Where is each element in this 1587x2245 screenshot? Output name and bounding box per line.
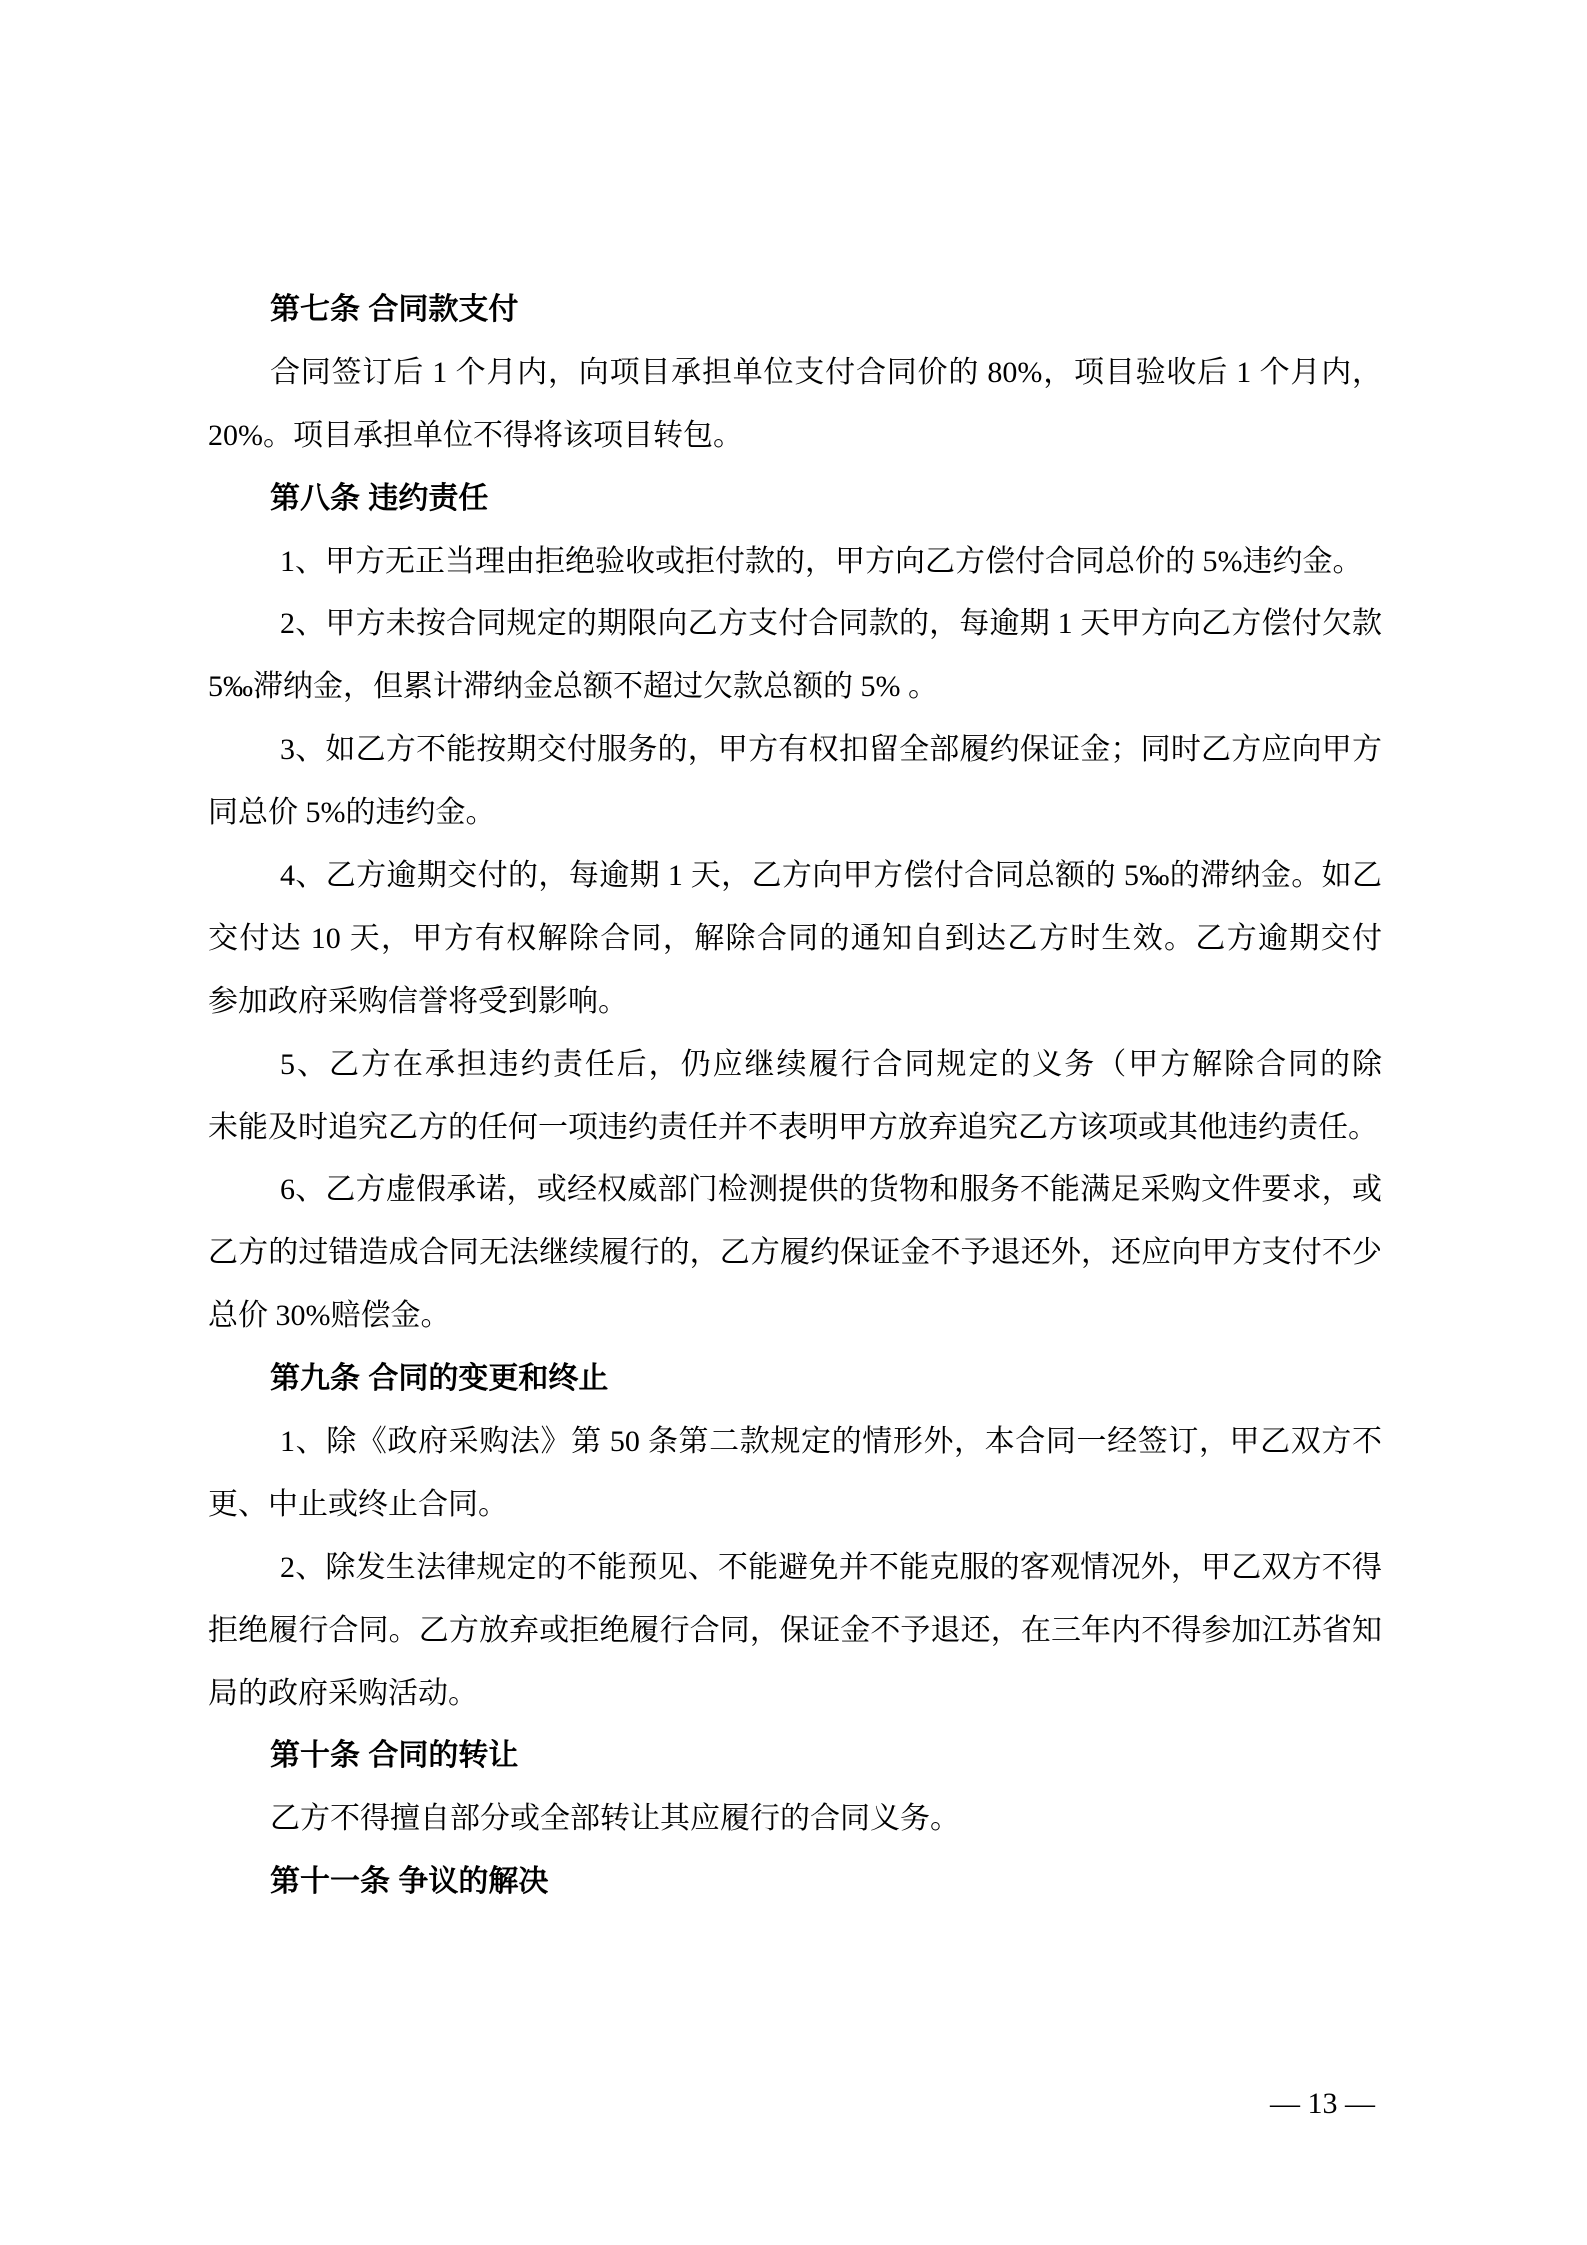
document-line: 总价 30%赔偿金。 [208,1285,1382,1348]
page-number: — 13 — [1270,2082,1375,2126]
document-line: 20%。项目承担单位不得将该项目转包。 [208,405,1382,468]
document-line: 6、乙方虚假承诺，或经权威部门检测提供的货物和服务不能满足采购文件要求，或是由于 [208,1159,1382,1222]
document-line: 合同签订后 1 个月内，向项目承担单位支付合同价的 80%，项目验收后 1 个月… [208,342,1382,405]
document-line: 未能及时追究乙方的任何一项违约责任并不表明甲方放弃追究乙方该项或其他违约责任。 [208,1097,1382,1160]
document-line: 拒绝履行合同。乙方放弃或拒绝履行合同，保证金不予退还，在三年内不得参加江苏省知识… [208,1600,1382,1663]
document-line: 5、乙方在承担违约责任后，仍应继续履行合同规定的义务（甲方解除合同的除外）。甲方 [208,1034,1382,1097]
document-lines: 第七条 合同款支付合同签订后 1 个月内，向项目承担单位支付合同价的 80%，项… [208,279,1382,1914]
document-line: 更、中止或终止合同。 [208,1474,1382,1537]
document-line: 5‰滞纳金，但累计滞纳金总额不超过欠款总额的 5% 。 [208,656,1382,719]
document-line: 2、除发生法律规定的不能预见、不能避免并不能克服的客观情况外，甲乙双方不得放弃或 [208,1537,1382,1600]
article-heading: 第十条 合同的转让 [208,1725,1382,1788]
article-heading: 第九条 合同的变更和终止 [208,1348,1382,1411]
document-line: 4、乙方逾期交付的，每逾期 1 天，乙方向甲方偿付合同总额的 5‰的滞纳金。如乙… [208,845,1382,908]
document-line: 1、除《政府采购法》第 50 条第二款规定的情形外，本合同一经签订，甲乙双方不得… [208,1411,1382,1474]
document-line: 1、甲方无正当理由拒绝验收或拒付款的，甲方向乙方偿付合同总价的 5%违约金。 [208,531,1382,594]
document-line: 2、甲方未按合同规定的期限向乙方支付合同款的，每逾期 1 天甲方向乙方偿付欠款总… [208,593,1382,656]
document-line: 同总价 5%的违约金。 [208,782,1382,845]
document-line: 乙方不得擅自部分或全部转让其应履行的合同义务。 [208,1788,1382,1851]
document-line: 局的政府采购活动。 [208,1663,1382,1726]
contract-document-page: 第七条 合同款支付合同签订后 1 个月内，向项目承担单位支付合同价的 80%，项… [0,0,1587,2245]
document-line: 交付达 10 天，甲方有权解除合同，解除合同的通知自到达乙方时生效。乙方逾期交付… [208,908,1382,971]
article-heading: 第八条 违约责任 [208,468,1382,531]
document-line: 乙方的过错造成合同无法继续履行的，乙方履约保证金不予退还外，还应向甲方支付不少于… [208,1222,1382,1285]
document-line: 参加政府采购信誉将受到影响。 [208,971,1382,1034]
article-heading: 第十一条 争议的解决 [208,1851,1382,1914]
document-line: 3、如乙方不能按期交付服务的，甲方有权扣留全部履约保证金；同时乙方应向甲方支付合 [208,719,1382,782]
article-heading: 第七条 合同款支付 [208,279,1382,342]
